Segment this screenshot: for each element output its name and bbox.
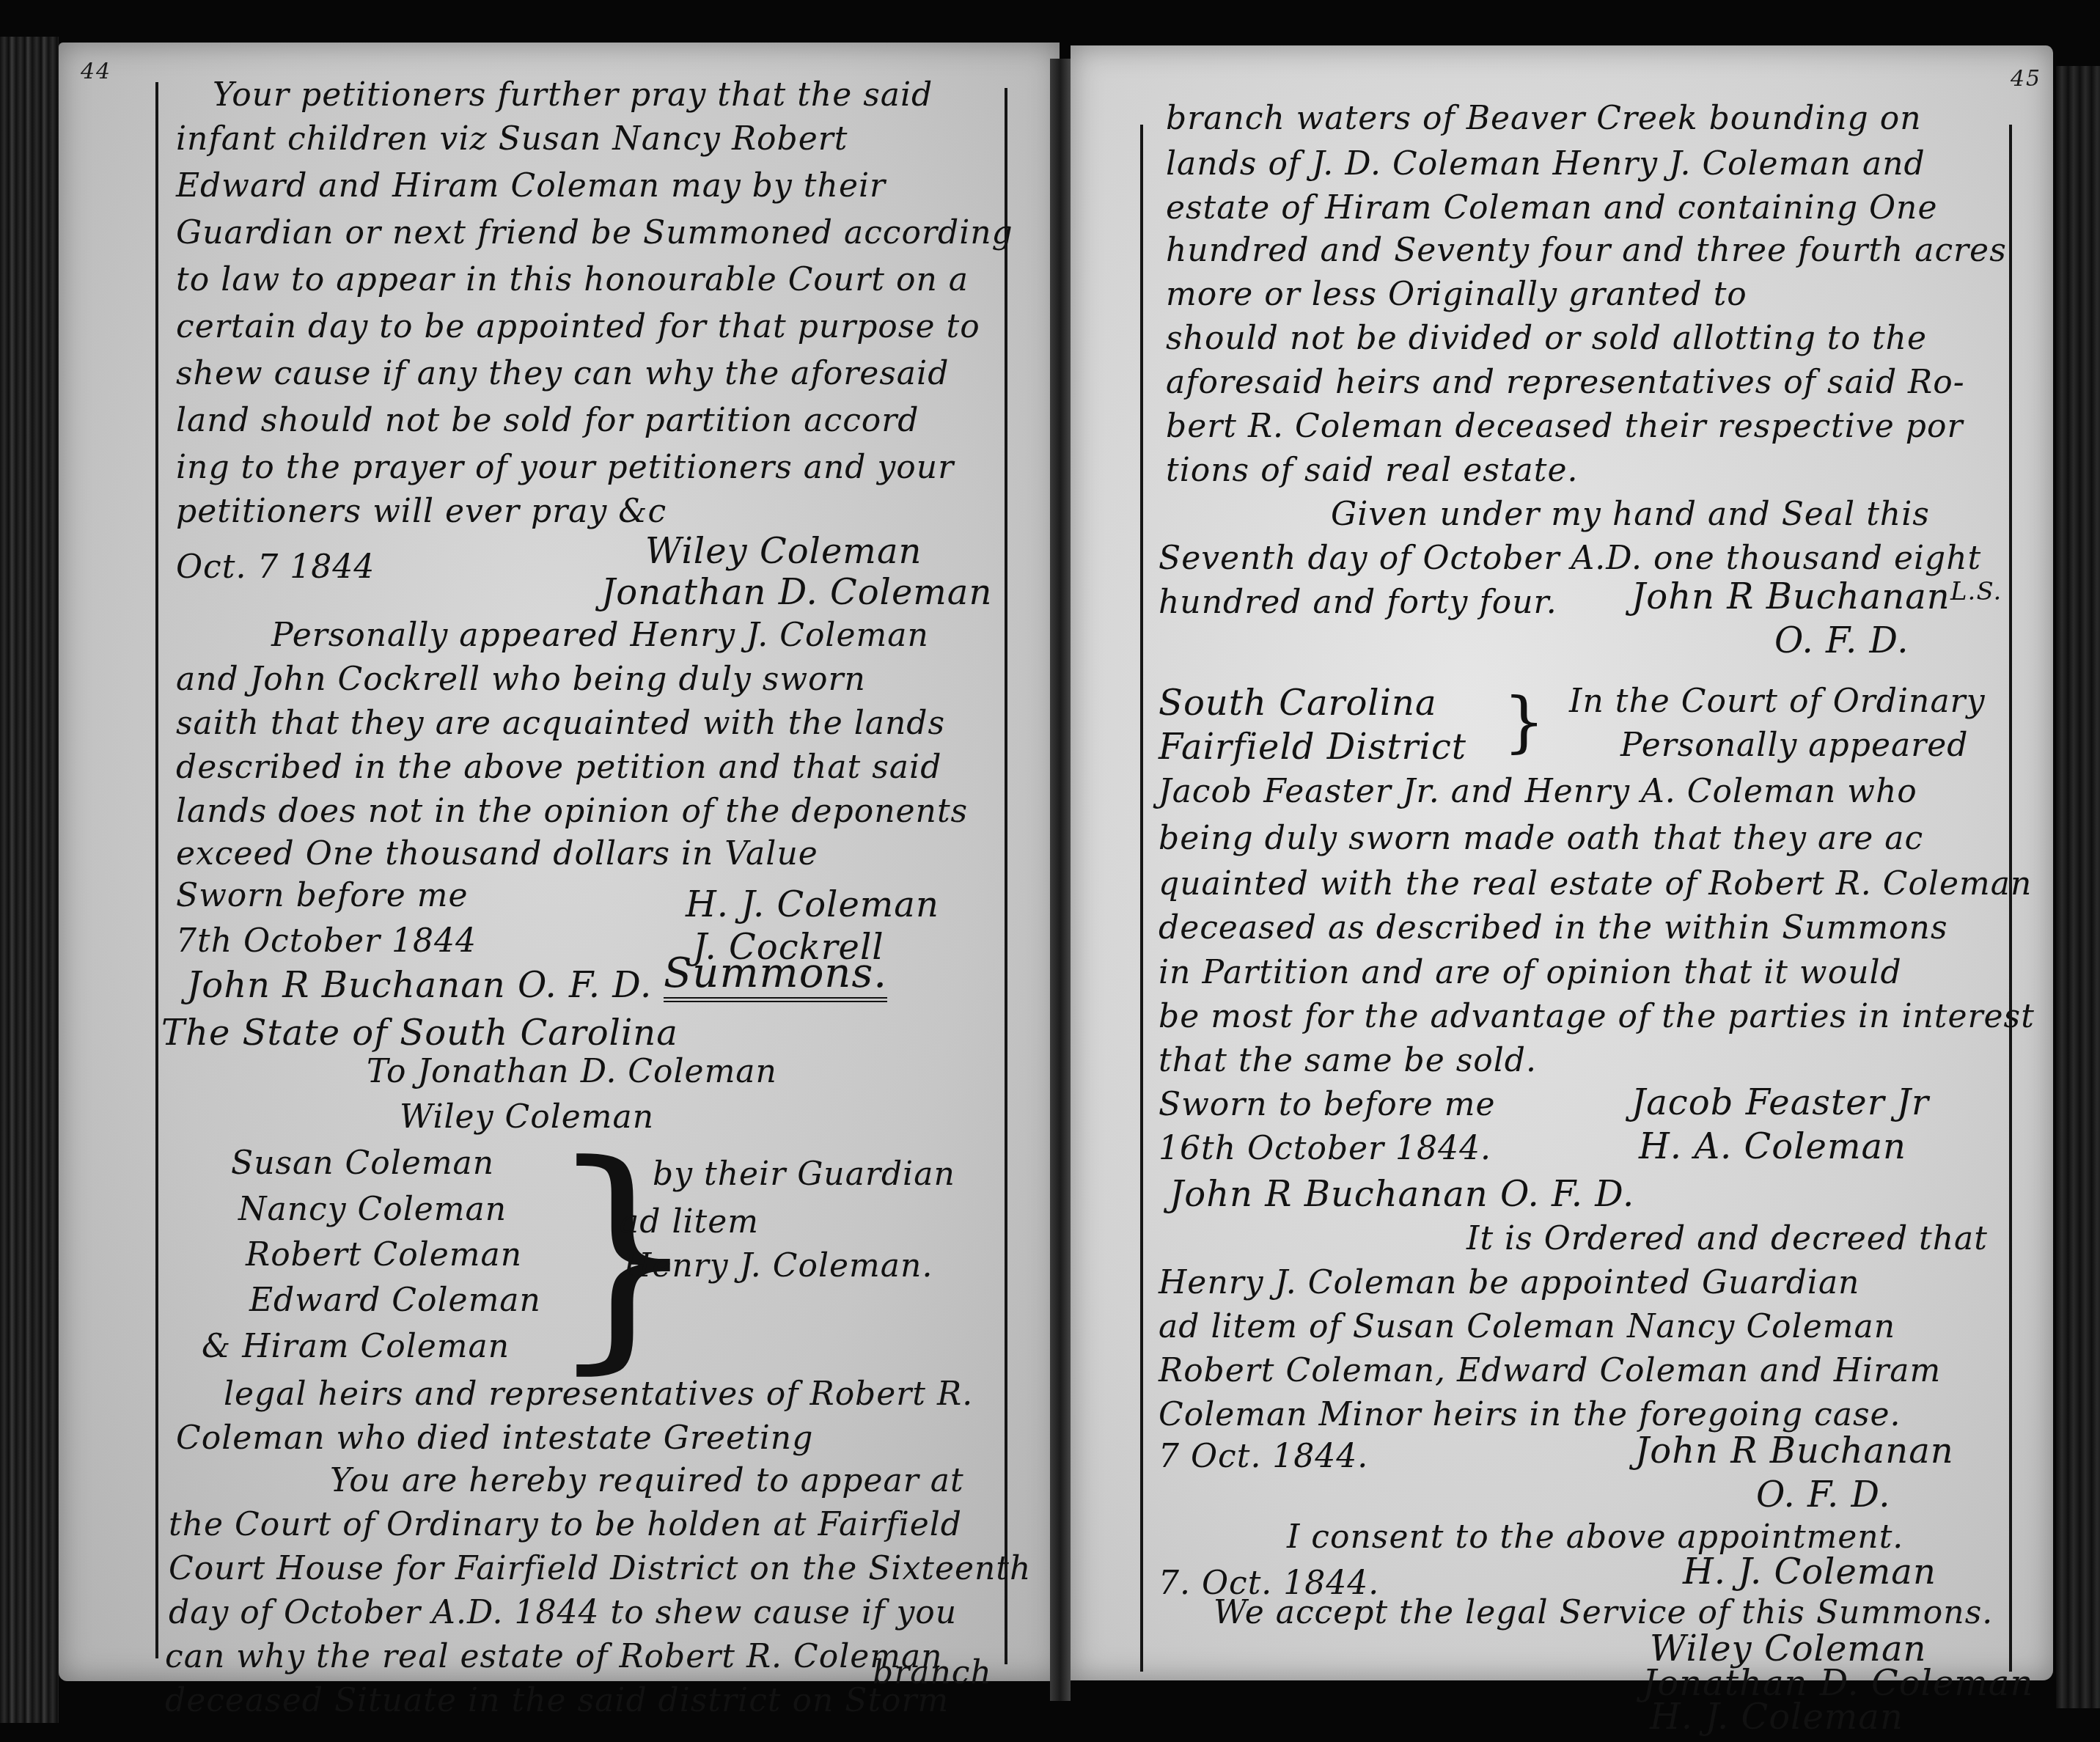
court-header-state: South Carolina [1159,686,1437,721]
text-line: lands of J. D. Coleman Henry J. Coleman … [1166,148,1925,180]
text-line: ad litem of Susan Coleman Nancy Coleman [1159,1311,1895,1343]
text-line: Edward and Hiram Coleman may by their [176,170,886,202]
text-line: Your petitioners further pray that the s… [213,79,933,111]
text-line: Coleman who died intestate Greeting [176,1422,813,1455]
minor-name: Robert Coleman [246,1239,522,1271]
given-line: Given under my hand and Seal this [1331,499,1930,531]
catchword: branch [873,1657,992,1689]
text-line: petitioners will ever pray &c [176,496,667,528]
summons-state: The State of South Carolina [161,1015,678,1051]
minor-name: & Hiram Coleman [202,1331,510,1363]
summons-heading: Summons. [664,953,887,1002]
court-header-district: Fairfield District [1159,729,1466,765]
text-line: hundred and Seventy four and three fourt… [1166,235,2007,267]
signature-jacob-feaster: Jacob Feaster Jr [1631,1085,1929,1120]
sworn-label: Sworn before me [176,880,468,912]
officer-signature: John R Buchanan O. F. D. [187,968,652,1003]
text-line: Robert Coleman, Edward Coleman and Hiram [1159,1355,1941,1387]
order-title: O. F. D. [1756,1477,1890,1513]
text-line: estate of Hiram Coleman and containing O… [1166,192,1938,224]
text-line: being duly sworn made oath that they are… [1159,823,1923,855]
guardian-note: ad litem [620,1206,759,1238]
text-line: be most for the advantage of the parties… [1159,1001,2035,1033]
sworn-label: Sworn to before me [1159,1089,1496,1121]
left-page-number: 44 [81,59,111,84]
right-page-number: 45 [2011,66,2041,92]
left-binding-edge [0,37,59,1723]
text-line: that the same be sold. [1159,1045,1537,1077]
text-line: Guardian or next friend be Summoned acco… [176,217,1013,249]
text-line: Court House for Fairfield District on th… [169,1553,1031,1585]
given-line: Seventh day of October A.D. one thousand… [1159,543,1981,575]
accept-signature: H. J. Coleman [1650,1699,1903,1735]
text-line: ing to the prayer of your petitioners an… [176,452,954,484]
petition-date: Oct. 7 1844 [176,551,375,584]
text-line: tions of said real estate. [1166,455,1579,487]
signature-jonathan-coleman: Jonathan D. Coleman [601,575,992,610]
text-line: deceased as described in the within Summ… [1159,912,1948,944]
officer-signature: John R Buchanan O. F. D. [1170,1177,1634,1212]
given-line: hundred and forty four. [1159,587,1557,619]
signature-ha-coleman: H. A. Coleman [1639,1129,1906,1164]
curly-brace-icon: } [1503,689,1545,755]
consent-signature: H. J. Coleman [1683,1554,1936,1590]
text-line: legal heirs and representatives of Rober… [224,1378,973,1411]
text-line: Personally appeared Henry J. Coleman [271,620,929,652]
text-line: Personally appeared [1620,729,1968,762]
text-line: infant children viz Susan Nancy Robert [176,123,848,155]
court-header-court: In the Court of Ordinary [1569,686,1986,718]
minor-name: Susan Coleman [231,1147,494,1180]
text-line: more or less Originally granted to [1166,279,1747,311]
text-line: It is Ordered and decreed that [1466,1223,1988,1255]
text-line: the Court of Ordinary to be holden at Fa… [169,1509,962,1541]
right-binding-edge [2056,66,2100,1708]
text-line: You are hereby required to appear at [330,1465,964,1497]
left-page-right-rule [1005,88,1007,1664]
signature-hj-coleman: H. J. Coleman [686,887,939,922]
text-line: and John Cockrell who being duly sworn [176,664,866,696]
text-line: can why the real estate of Robert R. Col… [165,1641,943,1673]
accept-line: We accept the legal Service of this Summ… [1214,1597,1993,1629]
text-line: certain day to be appointed for that pur… [176,311,980,343]
text-line: described in the above petition and that… [176,751,941,784]
text-line: quainted with the real estate of Robert … [1159,868,2032,900]
signature-wiley-coleman: Wiley Coleman [645,534,922,569]
text-line: Jacob Feaster Jr. and Henry A. Coleman w… [1159,776,1917,808]
left-margin-rule [155,82,158,1658]
order-date: 7 Oct. 1844. [1159,1441,1368,1473]
given-signature: John R Buchanan [1631,579,1950,614]
sworn-date: 16th October 1844. [1159,1133,1491,1165]
text-line: should not be divided or sold allotting … [1166,323,1927,355]
seal-mark: L.S. [1950,579,2002,604]
text-line: deceased Situate in the said district on… [165,1685,949,1717]
consent-line: I consent to the above appointment. [1287,1521,1903,1554]
minor-name: Nancy Coleman [238,1194,507,1226]
text-line: Coleman Minor heirs in the foregoing cas… [1159,1399,1901,1431]
text-line: exceed One thousand dollars in Value [176,838,818,870]
guardian-note: Henry J. Coleman. [623,1250,933,1282]
text-line: aforesaid heirs and representatives of s… [1166,367,1965,399]
text-line: bert R. Coleman deceased their respectiv… [1166,411,1963,443]
ledger-book: 44 45 Your petitioners further pray that… [0,0,2100,1742]
text-line: land should not be sold for partition ac… [176,405,919,437]
text-line: in Partition and are of opinion that it … [1159,957,1902,989]
given-title: O. F. D. [1774,623,1909,658]
text-line: saith that they are acquainted with the … [176,708,945,740]
order-signature: John R Buchanan [1635,1433,1954,1469]
accept-signature: Jonathan D. Coleman [1642,1666,2033,1701]
sworn-date: 7th October 1844 [176,925,477,958]
text-line: day of October A.D. 1844 to shew cause i… [169,1597,957,1629]
text-line: branch waters of Beaver Creek bounding o… [1166,103,1922,135]
accept-signature: Wiley Coleman [1650,1631,1926,1666]
text-line: lands does not in the opinion of the dep… [176,795,968,828]
summons-to: To Jonathan D. Coleman [367,1056,777,1088]
right-page-left-rule [1140,125,1143,1672]
book-gutter [1050,59,1071,1701]
guardian-note: by their Guardian [653,1158,955,1191]
text-line: to law to appear in this honourable Cour… [176,264,969,296]
text-line: Henry J. Coleman be appointed Guardian [1159,1267,1859,1299]
minor-name: Edward Coleman [249,1285,541,1317]
text-line: shew cause if any they can why the afore… [176,358,949,390]
